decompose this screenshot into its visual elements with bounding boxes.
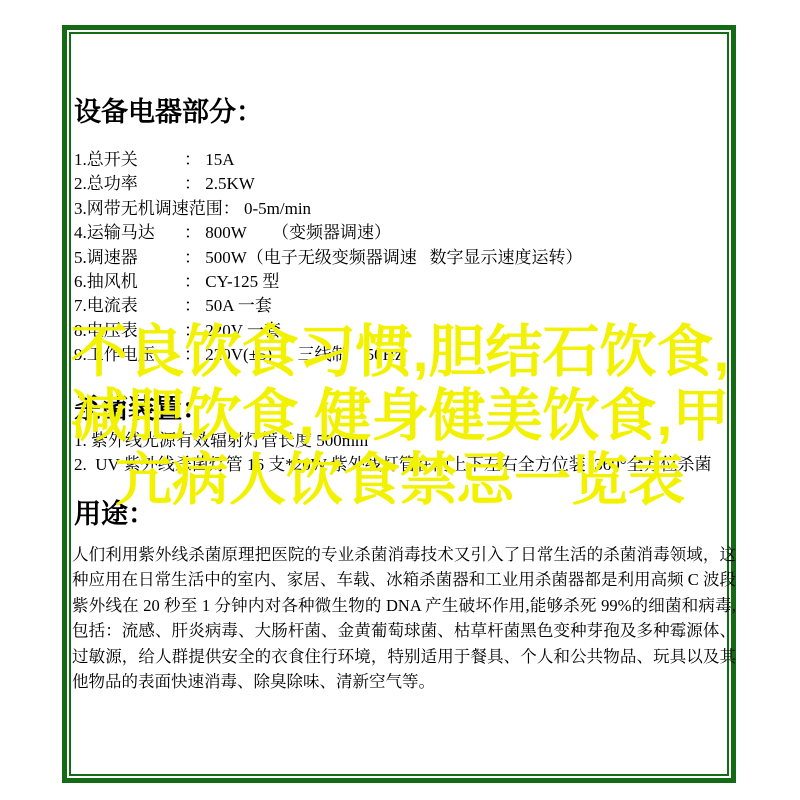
spec-value: ： 0-5m/min <box>223 199 311 218</box>
spec-label: 3.网带无机调速范围 <box>74 197 223 221</box>
spec-label: 4.运输马达 <box>74 221 184 245</box>
spec-label: 6.抽风机 <box>74 270 184 294</box>
uv-row-lamp-count: 2. UV 紫外线杀菌灯管 16 支*20W 紫外线灯管在内上下左右全方位装 3… <box>74 453 734 477</box>
electrical-spec-list: 1.总开关： 15A 2.总功率： 2.5KW 3.网带无机调速范围： 0-5m… <box>74 148 729 368</box>
spec-value: ： CY-125 型 <box>184 272 279 291</box>
spec-row-speed-controller: 5.调速器： 500W（电子无级变频器调速 数字显示速度运转） <box>74 246 729 270</box>
spec-label: 8.电压表 <box>74 319 184 343</box>
sterilizer-spec-list: 1. 紫外线光源有效辐射灯管长度 500mm 2. UV 紫外线杀菌灯管 16 … <box>74 429 734 478</box>
spec-row-belt-speed-range: 3.网带无机调速范围： 0-5m/min <box>74 197 729 221</box>
spec-label: 1.总开关 <box>74 148 184 172</box>
spec-row-transport-motor: 4.运输马达： 800W （变频器调速） <box>74 221 729 245</box>
spec-value: ： 500W（电子无级变频器调速 数字显示速度运转） <box>184 248 583 267</box>
usage-paragraph: 人们利用紫外线杀菌原理把医院的专业杀菌消毒技术又引入了日常生活的杀菌消毒领域，这… <box>72 542 736 694</box>
electrical-section-heading: 设备电器部分： <box>74 96 263 128</box>
spec-label: 5.调速器 <box>74 246 184 270</box>
spec-row-exhaust-fan: 6.抽风机： CY-125 型 <box>74 270 729 294</box>
spec-value: ： 50A 一套 <box>184 296 272 315</box>
spec-row-total-power: 2.总功率： 2.5KW <box>74 172 729 196</box>
spec-row-working-voltage: 9.工作电压： 220V(±5) 三线制 50Hz <box>74 343 729 367</box>
spec-value: ： 220V(±5) 三线制 50Hz <box>184 345 403 364</box>
spec-value: ： 15A <box>184 150 235 169</box>
spec-value: ： 220V 一套 <box>184 321 281 340</box>
spec-value: ： 2.5KW <box>184 174 255 193</box>
spec-label: 2.总功率 <box>74 172 184 196</box>
spec-row-voltmeter: 8.电压表： 220V 一套 <box>74 319 729 343</box>
spec-label: 7.电流表 <box>74 294 184 318</box>
spec-row-ammeter: 7.电流表： 50A 一套 <box>74 294 729 318</box>
spec-value: ： 800W （变频器调速） <box>184 223 391 242</box>
uv-row-lamp-length: 1. 紫外线光源有效辐射灯管长度 500mm <box>74 429 734 453</box>
spec-row-main-switch: 1.总开关： 15A <box>74 148 729 172</box>
sterilizer-section-heading: 杀菌装置： <box>74 393 209 425</box>
spec-label: 9.工作电压 <box>74 343 184 367</box>
usage-section-heading: 用途： <box>74 498 155 530</box>
